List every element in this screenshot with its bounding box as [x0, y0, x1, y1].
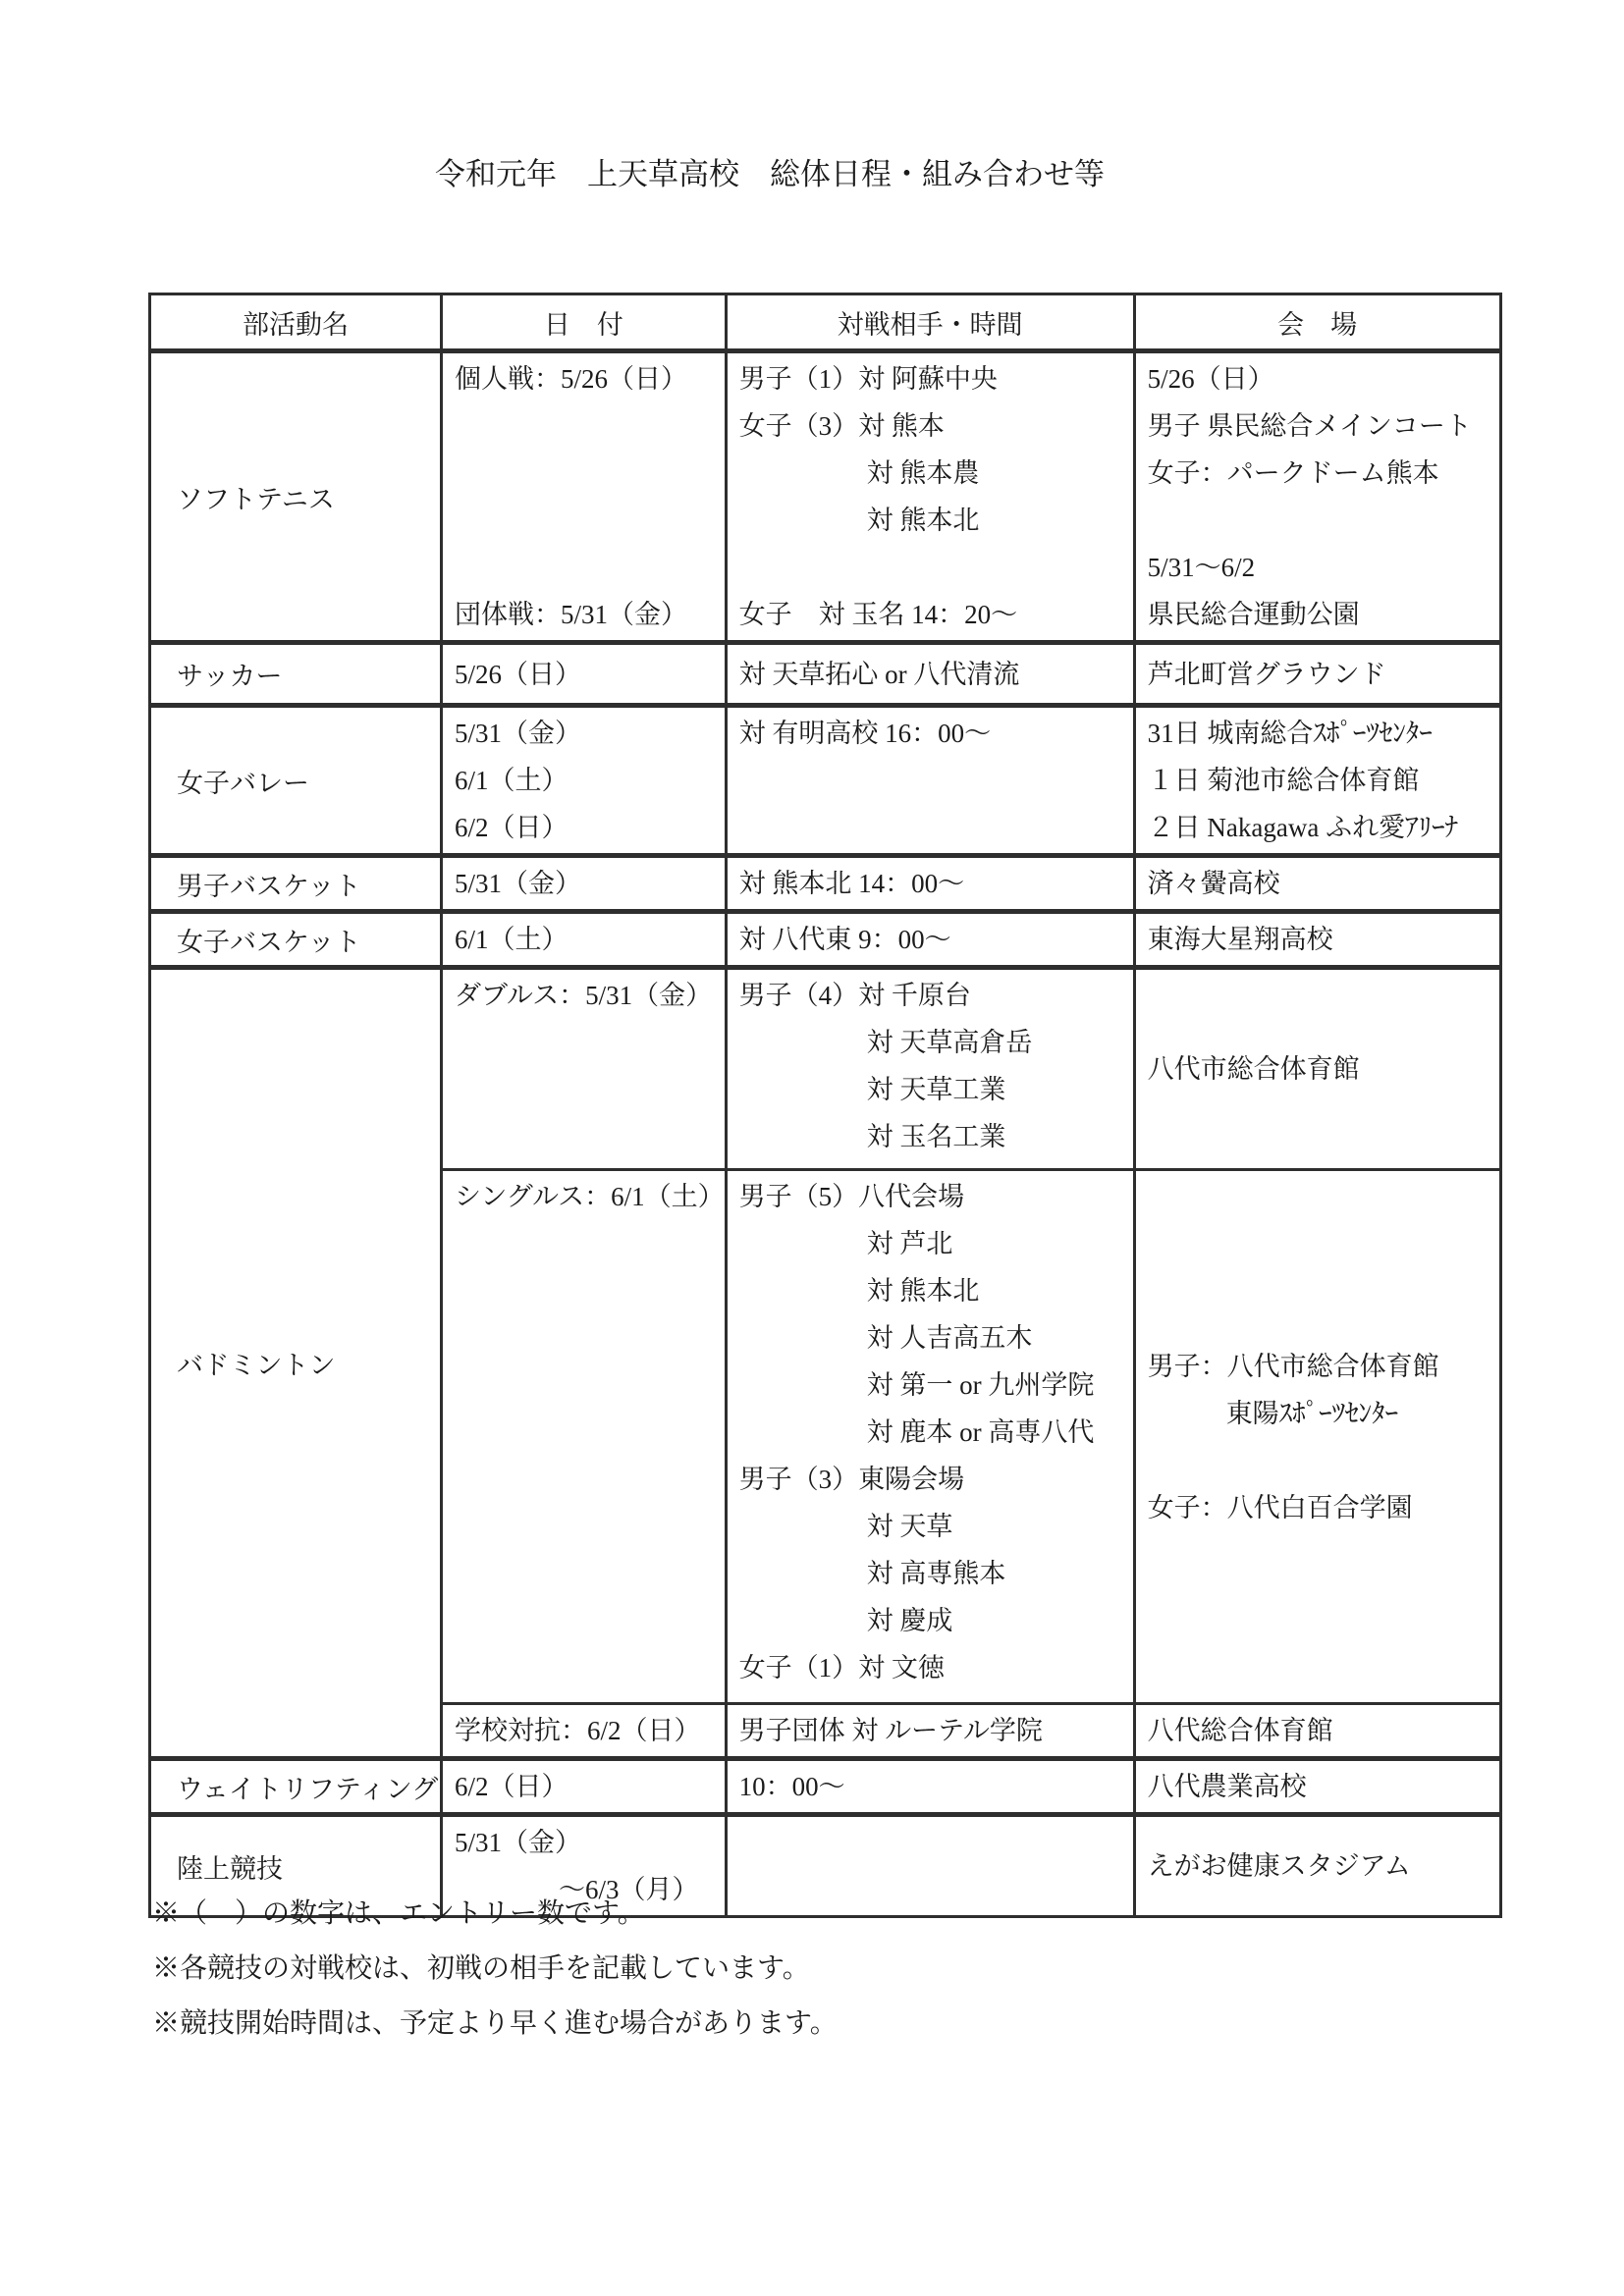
- badminton-team-date: 学校対抗：6/2（日）: [442, 1704, 727, 1759]
- text-line: [455, 497, 725, 544]
- text-line: 対 第一 or 九州学院: [739, 1362, 1133, 1409]
- basketball-w-opponent: 対 八代東 9：00～: [726, 912, 1134, 968]
- text-line: [1148, 1437, 1499, 1484]
- text-line: シングルス：6/1（土）: [455, 1173, 725, 1220]
- basketball-w-date: 6/1（土）: [442, 912, 727, 968]
- badminton-singles-opponent: 男子（5）八代会場対 芦北対 熊本北対 人吉高五木対 第一 or 九州学院対 鹿…: [726, 1170, 1134, 1704]
- text-line: 対 天草工業: [739, 1066, 1133, 1113]
- row-soft-tennis: ソフトテニス 個人戦：5/26（日） 団体戦：5/31（金） 男子（1）対 阿蘇…: [150, 351, 1501, 643]
- text-line: 対 八代東 9：00～: [739, 916, 1133, 963]
- row-badminton-doubles: バドミントン ダブルス：5/31（金） 男子（4）対 千原台対 天草高倉岳対 天…: [150, 968, 1501, 1170]
- text-line: 31日 城南総合ｽﾎﾟｰﾂｾﾝﾀｰ: [1148, 710, 1499, 757]
- text-line: 5/31～6/2: [1148, 544, 1499, 591]
- text-line: 男子 県民総合メインコート: [1148, 402, 1499, 450]
- soft-tennis-date: 個人戦：5/26（日） 団体戦：5/31（金）: [442, 351, 727, 643]
- text-line: 対 天草高倉岳: [739, 1019, 1133, 1066]
- weightlifting-date: 6/2（日）: [442, 1759, 727, 1815]
- text-line: 芦北町営グラウンド: [1148, 651, 1499, 698]
- text-line: 女子 対 玉名 14：20～: [739, 591, 1133, 638]
- basketball-m-venue: 済々黌高校: [1134, 856, 1500, 912]
- soccer-date: 5/26（日）: [442, 643, 727, 706]
- text-line: 対 熊本北: [739, 497, 1133, 544]
- weightlifting-opponent: 10：00～: [726, 1759, 1134, 1815]
- text-line: ２日 Nakagawa ふれ愛ｱﾘｰﾅ: [1148, 804, 1499, 851]
- text-line: 女子（1）対 文徳: [739, 1644, 1133, 1691]
- basketball-m-club: 男子バスケット: [150, 856, 442, 912]
- page-title: 令和元年 上天草高校 総体日程・組み合わせ等: [98, 153, 1441, 196]
- badminton-singles-date: シングルス：6/1（土）: [442, 1170, 727, 1704]
- text-line: 5/31（金）: [455, 710, 725, 757]
- badminton-club: バドミントン: [150, 968, 442, 1759]
- text-line: 対 天草拓心 or 八代清流: [739, 651, 1133, 698]
- text-line: 対 慶成: [739, 1597, 1133, 1644]
- text-line: 男子（5）八代会場: [739, 1173, 1133, 1220]
- text-line: [739, 544, 1133, 591]
- text-line: ダブルス：5/31（金）: [455, 972, 725, 1019]
- text-line: 個人戦：5/26（日）: [455, 355, 725, 402]
- text-line: 男子団体 対 ルーテル学院: [739, 1707, 1133, 1754]
- text-line: 東海大星翔高校: [1148, 916, 1499, 963]
- text-line: 10：00～: [739, 1763, 1133, 1810]
- header-date: 日 付: [442, 294, 727, 351]
- text-line: 対 熊本北: [739, 1267, 1133, 1314]
- header-venue: 会 場: [1134, 294, 1500, 351]
- text-line: 6/2（日）: [455, 1763, 725, 1810]
- text-line: [455, 402, 725, 450]
- header-opponent: 対戦相手・時間: [726, 294, 1134, 351]
- text-line: 済々黌高校: [1148, 860, 1499, 907]
- text-line: 県民総合運動公園: [1148, 591, 1499, 638]
- basketball-m-date: 5/31（金）: [442, 856, 727, 912]
- weightlifting-venue: 八代農業高校: [1134, 1759, 1500, 1815]
- soft-tennis-venue: 5/26（日）男子 県民総合メインコート女子：パークドーム熊本 5/31～6/2…: [1134, 351, 1500, 643]
- text-line: 女子：パークドーム熊本: [1148, 450, 1499, 497]
- text-line: 5/31（金）: [455, 1819, 725, 1866]
- text-line: [455, 544, 725, 591]
- text-line: 対 天草: [739, 1503, 1133, 1550]
- header-row: 部活動名 日 付 対戦相手・時間 会 場: [150, 294, 1501, 351]
- text-line: 対 高専熊本: [739, 1550, 1133, 1597]
- text-line: ※各競技の対戦校は、初戦の相手を記載しています。: [152, 1942, 838, 1997]
- text-line: 女子（3）対 熊本: [739, 402, 1133, 450]
- basketball-m-opponent: 対 熊本北 14：00～: [726, 856, 1134, 912]
- text-line: ※競技開始時間は、予定より早く進む場合があります。: [152, 1997, 838, 2052]
- soccer-club: サッカー: [150, 643, 442, 706]
- text-line: えがお健康スタジアム: [1148, 1842, 1499, 1890]
- volleyball-w-opponent: 対 有明高校 16：00～: [726, 706, 1134, 856]
- text-line: 男子（4）対 千原台: [739, 972, 1133, 1019]
- text-line: [455, 450, 725, 497]
- text-line: 5/26（日）: [455, 651, 725, 698]
- text-line: 男子：八代市総合体育館: [1148, 1343, 1499, 1390]
- text-line: 対 芦北: [739, 1220, 1133, 1267]
- soft-tennis-club: ソフトテニス: [150, 351, 442, 643]
- text-line: 5/31（金）: [455, 860, 725, 907]
- volleyball-w-club: 女子バレー: [150, 706, 442, 856]
- basketball-w-club: 女子バスケット: [150, 912, 442, 968]
- badminton-doubles-venue: 八代市総合体育館: [1134, 968, 1500, 1170]
- badminton-team-opponent: 男子団体 対 ルーテル学院: [726, 1704, 1134, 1759]
- athletics-venue: えがお健康スタジアム: [1134, 1815, 1500, 1917]
- text-line: 八代農業高校: [1148, 1763, 1499, 1810]
- row-basketball-m: 男子バスケット 5/31（金） 対 熊本北 14：00～ 済々黌高校: [150, 856, 1501, 912]
- text-line: 6/1（土）: [455, 757, 725, 804]
- soccer-venue: 芦北町営グラウンド: [1134, 643, 1500, 706]
- badminton-team-venue: 八代総合体育館: [1134, 1704, 1500, 1759]
- text-line: 対 有明高校 16：00～: [739, 710, 1133, 757]
- row-volleyball-w: 女子バレー 5/31（金）6/1（土）6/2（日） 対 有明高校 16：00～ …: [150, 706, 1501, 856]
- soccer-opponent: 対 天草拓心 or 八代清流: [726, 643, 1134, 706]
- soft-tennis-opponent: 男子（1）対 阿蘇中央女子（3）対 熊本対 熊本農対 熊本北 女子 対 玉名 1…: [726, 351, 1134, 643]
- text-line: 対 玉名工業: [739, 1113, 1133, 1160]
- badminton-doubles-opponent: 男子（4）対 千原台対 天草高倉岳対 天草工業対 玉名工業: [726, 968, 1134, 1170]
- badminton-doubles-date: ダブルス：5/31（金）: [442, 968, 727, 1170]
- text-line: 対 人吉高五木: [739, 1314, 1133, 1362]
- text-line: 団体戦：5/31（金）: [455, 591, 725, 638]
- text-line: 5/26（日）: [1148, 355, 1499, 402]
- badminton-singles-venue: 男子：八代市総合体育館東陽ｽﾎﾟｰﾂｾﾝﾀｰ 女子：八代白百合学園: [1134, 1170, 1500, 1704]
- text-line: 対 鹿本 or 高専八代: [739, 1409, 1133, 1456]
- volleyball-w-venue: 31日 城南総合ｽﾎﾟｰﾂｾﾝﾀｰ１日 菊池市総合体育館２日 Nakagawa …: [1134, 706, 1500, 856]
- text-line: 学校対抗：6/2（日）: [455, 1707, 725, 1754]
- text-line: 対 熊本農: [739, 450, 1133, 497]
- text-line: 男子（1）対 阿蘇中央: [739, 355, 1133, 402]
- header-club: 部活動名: [150, 294, 442, 351]
- text-line: 6/2（日）: [455, 804, 725, 851]
- footnotes: ※（ ）の数字は、エントリー数です。※各競技の対戦校は、初戦の相手を記載していま…: [152, 1887, 838, 2052]
- text-line: 6/1（土）: [455, 916, 725, 963]
- text-line: 女子：八代白百合学園: [1148, 1484, 1499, 1531]
- text-line: 東陽ｽﾎﾟｰﾂｾﾝﾀｰ: [1148, 1390, 1499, 1437]
- row-basketball-w: 女子バスケット 6/1（土） 対 八代東 9：00～ 東海大星翔高校: [150, 912, 1501, 968]
- text-line: 八代市総合体育館: [1148, 1045, 1499, 1093]
- basketball-w-venue: 東海大星翔高校: [1134, 912, 1500, 968]
- volleyball-w-date: 5/31（金）6/1（土）6/2（日）: [442, 706, 727, 856]
- row-soccer: サッカー 5/26（日） 対 天草拓心 or 八代清流 芦北町営グラウンド: [150, 643, 1501, 706]
- text-line: 対 熊本北 14：00～: [739, 860, 1133, 907]
- text-line: １日 菊池市総合体育館: [1148, 757, 1499, 804]
- text-line: 男子（3）東陽会場: [739, 1456, 1133, 1503]
- schedule-table: 部活動名 日 付 対戦相手・時間 会 場 ソフトテニス 個人戦：5/26（日） …: [148, 293, 1502, 1918]
- text-line: [1148, 497, 1499, 544]
- weightlifting-club: ウェイトリフティング: [150, 1759, 442, 1815]
- page: { "title": "令和元年 上天草高校 総体日程・組み合わせ等", "ta…: [0, 0, 1624, 2296]
- row-weightlifting: ウェイトリフティング 6/2（日） 10：00～ 八代農業高校: [150, 1759, 1501, 1815]
- text-line: 八代総合体育館: [1148, 1707, 1499, 1754]
- text-line: ※（ ）の数字は、エントリー数です。: [152, 1887, 838, 1942]
